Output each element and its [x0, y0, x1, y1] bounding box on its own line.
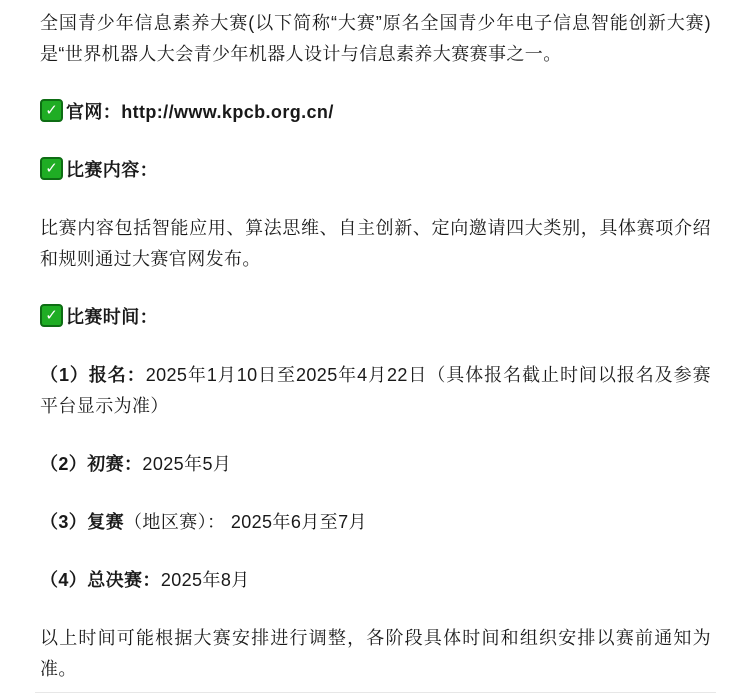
- bottom-divider: [35, 692, 716, 693]
- schedule-item-label: （2）初赛：: [40, 454, 142, 474]
- check-mark-glyph: ✓: [42, 101, 61, 120]
- section-title-content-label: 比赛内容：: [66, 160, 158, 180]
- schedule-item-label: （1）报名：: [40, 365, 146, 385]
- schedule-item-value: 2025年8月: [161, 570, 250, 590]
- website-label: 官网：: [66, 102, 121, 122]
- note-paragraph: 以上时间可能根据大赛安排进行调整，各阶段具体时间和组织安排以赛前通知为准。: [40, 623, 711, 685]
- schedule-item-final: （4）总决赛：2025年8月: [40, 565, 711, 596]
- schedule-item-label: （4）总决赛：: [40, 570, 161, 590]
- schedule-item-semifinal: （3）复赛（地区赛）： 2025年6月至7月: [40, 507, 711, 538]
- website-line: ✓官网：http://www.kpcb.org.cn/: [40, 97, 711, 128]
- section-title-content: ✓比赛内容：: [40, 155, 711, 186]
- website-url[interactable]: http://www.kpcb.org.cn/: [121, 102, 334, 122]
- content-paragraph: 比赛内容包括智能应用、算法思维、自主创新、定向邀请四大类别，具体赛项介绍和规则通…: [40, 213, 711, 275]
- article-body: 全国青少年信息素养大赛(以下简称“大赛”原名全国青少年电子信息智能创新大赛)是“…: [0, 0, 751, 685]
- schedule-item-value: 2025年5月: [142, 454, 231, 474]
- schedule-item-signup: （1）报名：2025年1月10日至2025年4月22日（具体报名截止时间以报名及…: [40, 360, 711, 422]
- check-mark-glyph: ✓: [42, 306, 61, 325]
- check-icon: ✓: [40, 157, 63, 180]
- intro-paragraph: 全国青少年信息素养大赛(以下简称“大赛”原名全国青少年电子信息智能创新大赛)是“…: [40, 8, 711, 70]
- check-icon: ✓: [40, 304, 63, 327]
- check-mark-glyph: ✓: [42, 159, 61, 178]
- schedule-item-value: （地区赛）： 2025年6月至7月: [124, 512, 367, 532]
- schedule-item-label: （3）复赛: [40, 512, 124, 532]
- section-title-time-label: 比赛时间：: [66, 307, 158, 327]
- section-title-time: ✓比赛时间：: [40, 302, 711, 333]
- schedule-item-preliminary: （2）初赛：2025年5月: [40, 449, 711, 480]
- check-icon: ✓: [40, 99, 63, 122]
